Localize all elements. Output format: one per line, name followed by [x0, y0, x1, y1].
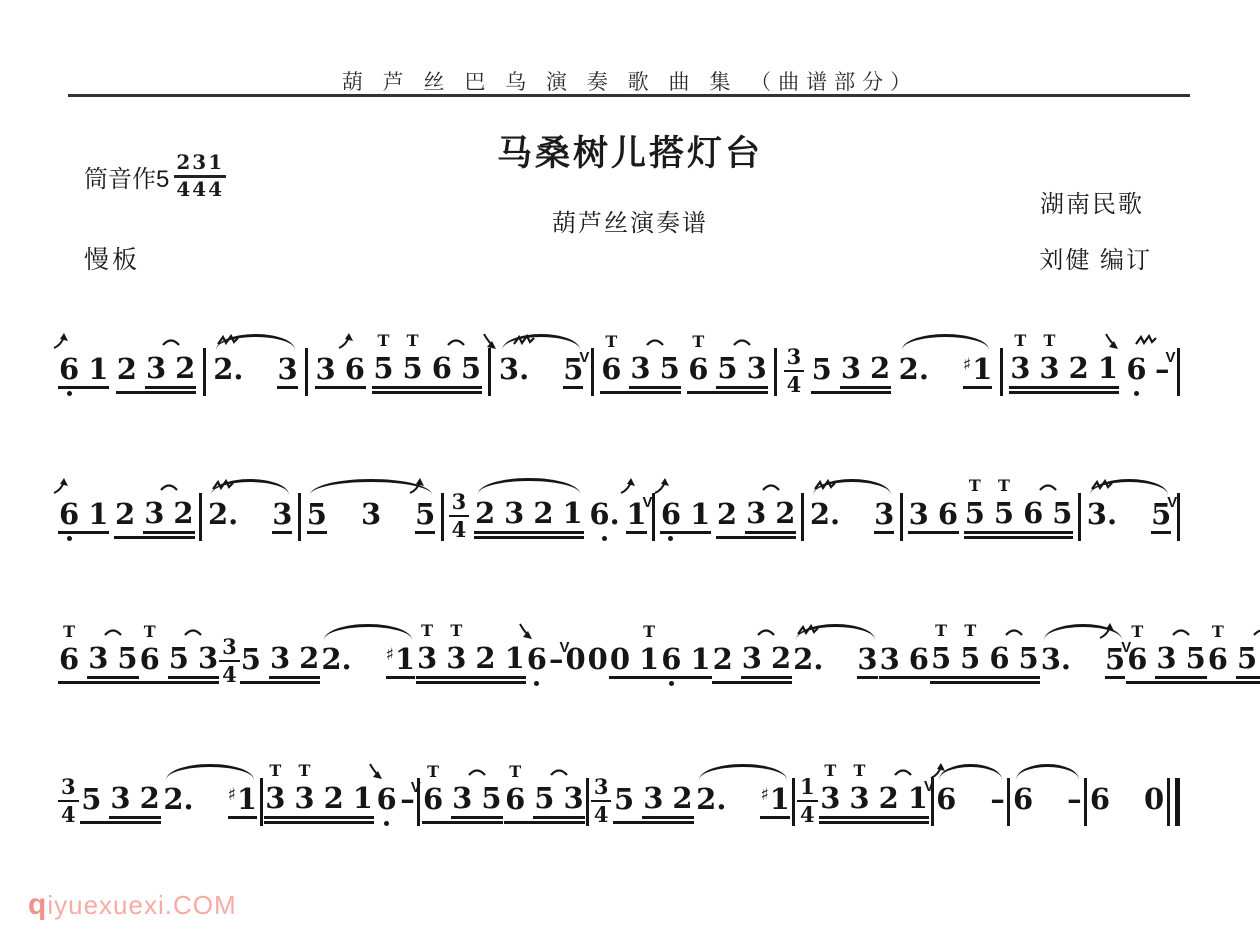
note-6: 6 — [58, 355, 80, 384]
beam-group-row: 2.♯1 — [162, 785, 258, 819]
note-1: 1 — [689, 645, 711, 674]
note-digit: 3 — [643, 784, 663, 813]
note-6: 6 — [937, 500, 959, 529]
beam-group: 2V1 — [878, 784, 929, 813]
note-2: 2 — [116, 355, 138, 384]
barline — [488, 348, 491, 396]
beam-underline — [1236, 676, 1260, 679]
ornaments — [1236, 623, 1260, 641]
rest-note: 0 — [587, 645, 609, 674]
ornaments: T — [139, 624, 161, 642]
ornaments: T — [264, 763, 286, 781]
tonguing-mark: T — [605, 334, 617, 352]
note-digit: 2 — [879, 784, 899, 813]
note-digit: 3 — [316, 355, 336, 384]
note-2: 2 — [174, 354, 196, 383]
notation-line-4: 345322.♯1T3T3216V–T635T653345322.♯114T3T… — [58, 754, 1180, 826]
ornaments: T — [372, 333, 394, 351]
note-digit: 6 — [909, 645, 929, 674]
ornaments: T — [638, 624, 660, 642]
note-5: T5 — [993, 499, 1015, 528]
beam-underline — [600, 391, 681, 394]
beam-group-row: 0T1 — [609, 645, 660, 674]
beam-group: T5T565 — [964, 499, 1074, 539]
note-2-dotted: 2. — [695, 785, 727, 814]
note-6: T6 — [1126, 645, 1148, 674]
tonguing-mark: T — [1014, 333, 1026, 351]
note-5: 5 — [306, 500, 328, 534]
slur-arc-icon — [1016, 764, 1079, 780]
rest-note: 0 — [1143, 785, 1165, 814]
meter-fraction: 231 444 — [174, 152, 226, 200]
beam-group: 2.♯1 — [320, 645, 416, 679]
beam-group-row: T653 — [687, 354, 768, 388]
note-digit: 1 — [639, 645, 659, 674]
sharp-icon: ♯ — [386, 645, 394, 665]
note-digit: 3. — [1087, 500, 1117, 529]
beam-group-row: 232 — [114, 499, 195, 533]
upper-arc-icon — [1038, 478, 1058, 496]
note-2: 2 — [770, 644, 792, 673]
slur-arc-icon — [1090, 479, 1168, 495]
note-digit: 6. — [589, 500, 619, 529]
note-2: 2 — [671, 784, 693, 813]
beam-group-row: 232 — [116, 354, 197, 388]
note-digit: 3 — [504, 499, 524, 528]
beam-underline — [716, 386, 767, 389]
note-digit: 2 — [475, 644, 495, 673]
beam-underline — [1105, 676, 1125, 679]
low-octave-dot — [668, 536, 673, 541]
note-digit: 3 — [88, 644, 108, 673]
beam-group-row: 32 — [109, 784, 160, 813]
note-6: 6 — [1125, 355, 1147, 384]
note-1: T1 — [638, 645, 660, 674]
ornaments — [1125, 329, 1147, 352]
note-2: 2 — [712, 645, 734, 674]
beam-underline — [264, 821, 374, 824]
beam-underline — [415, 531, 435, 534]
note-2: 2 — [139, 784, 161, 813]
note-digit: 1 — [690, 645, 710, 674]
beam-group-row: 2.3 — [792, 645, 878, 679]
note-digit: 1 — [690, 500, 710, 529]
note-digit: 2. — [208, 500, 238, 529]
slur-arc-icon — [902, 334, 990, 350]
beam-underline — [660, 676, 711, 679]
tonguing-mark: T — [450, 623, 462, 641]
beam-group-row: 2.3 — [207, 500, 293, 534]
beam-group: T635 — [600, 354, 681, 394]
note-digit: 6 — [377, 785, 397, 814]
notation-line-1: 612322.336T5T5653.V5T635T653345322.♯1T3T… — [58, 324, 1180, 396]
beam-underline — [474, 531, 584, 534]
beam-group: 32 — [269, 644, 320, 678]
beam-group-row: 2.♯1 — [695, 785, 791, 819]
ornaments: T — [422, 764, 444, 782]
sharp-icon: ♯ — [963, 355, 971, 375]
note-3: 3 — [271, 500, 293, 534]
note-digit: 5 — [931, 644, 951, 673]
note-5: 5 — [1236, 644, 1258, 673]
ornaments — [58, 474, 80, 497]
time-sig-denominator: 4 — [787, 372, 802, 396]
beam-group: 35 — [629, 354, 680, 388]
note-5: T5 — [964, 499, 986, 528]
beam-group-row: T635 — [422, 784, 503, 818]
beam-group: 53 — [533, 784, 584, 818]
beam-group-row: 535 — [306, 500, 437, 534]
note-5: V5 — [1150, 500, 1172, 534]
note-1: 1 — [87, 355, 109, 384]
beam-group: 61 — [660, 645, 711, 679]
beam-underline — [504, 821, 585, 824]
beam-group: 2.3 — [809, 500, 895, 534]
note-digit: 2. — [321, 645, 351, 674]
slur-arc-icon — [478, 478, 580, 494]
beam-group: 61 — [660, 500, 711, 534]
beam-group-row: 3.V5 — [1086, 500, 1172, 534]
beam-group-row: 65 — [1022, 499, 1073, 528]
beam-group: T653 — [687, 354, 768, 394]
ornaments: T — [504, 764, 526, 782]
tonguing-mark: T — [407, 333, 419, 351]
note-digit: ♯1 — [760, 785, 789, 814]
low-octave-dot — [669, 681, 674, 686]
beam-group-row: 3.V5 — [498, 355, 584, 389]
barline — [1007, 778, 1010, 826]
slur-arc-icon — [502, 334, 580, 350]
beam-underline — [228, 816, 257, 819]
ornaments: T — [930, 623, 952, 641]
note-6: T6 — [422, 785, 444, 814]
note-digit: 3 — [361, 500, 381, 529]
ornaments — [741, 623, 792, 641]
beam-group-row: 53 — [716, 354, 767, 383]
note-1: 1 — [352, 784, 374, 813]
beam-group: 2.3 — [212, 355, 298, 389]
note-3: 3 — [143, 499, 165, 528]
beam-underline — [609, 676, 660, 679]
note-5: 5 — [480, 784, 502, 813]
beam-underline — [811, 391, 892, 394]
beam-group: 232 — [114, 499, 195, 539]
note-1: V1 — [907, 784, 929, 813]
beam-group: 532 — [240, 644, 321, 684]
beam-group: 232 — [716, 499, 797, 539]
ornaments: T — [1207, 624, 1229, 642]
beam-group-row: 65 — [431, 354, 482, 383]
note-digit: 6 — [59, 355, 79, 384]
beam-group: 35 — [1155, 644, 1206, 678]
ornaments — [526, 619, 548, 642]
beam-group: 53 — [168, 644, 219, 678]
time-sig-denominator: 4 — [594, 802, 609, 826]
beam-group-row: 53 — [1236, 644, 1260, 673]
tonguing-mark: T — [1131, 624, 1143, 642]
note-6: T6 — [600, 355, 622, 384]
beam-group: 2.3 — [207, 500, 293, 534]
beam-underline — [416, 681, 526, 684]
beam-group-row: 61 — [660, 500, 711, 529]
note-1: ♯1 — [227, 785, 258, 819]
rest-note: 0 — [564, 645, 586, 674]
note-digit: 6 — [345, 355, 365, 384]
tonguing-mark: T — [998, 478, 1010, 496]
note-digit: 6 — [688, 355, 708, 384]
ornaments: T — [993, 478, 1015, 496]
beam-group-row: T3T321 — [1009, 354, 1119, 383]
note-digit: 2 — [324, 784, 344, 813]
note-digit: 1 — [563, 499, 583, 528]
upper-arc-icon — [732, 333, 752, 351]
ornaments — [629, 333, 680, 351]
note-5: 5 — [414, 500, 436, 534]
note-digit: 6 — [59, 645, 79, 674]
tonguing-mark: T — [854, 763, 866, 781]
note-2: 2 — [474, 644, 496, 673]
note-2: 2 — [172, 499, 194, 528]
beam-group-row: T3T321 — [264, 784, 374, 813]
upper-arc-icon — [549, 763, 569, 781]
beam-underline — [1151, 531, 1171, 534]
watermark: qiyuexuexi.COM — [28, 888, 237, 922]
beam-group-row: 65 — [988, 644, 1039, 673]
note-digit: 2. — [810, 500, 840, 529]
beam-group: 65 — [988, 644, 1039, 673]
note-digit: 6 — [140, 645, 160, 674]
note-3: T3 — [1009, 354, 1031, 383]
ornaments — [376, 759, 398, 782]
slur-arc-icon — [324, 624, 412, 640]
trill-ornament-icon — [512, 333, 536, 351]
note-digit: 2 — [533, 499, 553, 528]
note-digit: 5 — [461, 354, 481, 383]
note-digit: 3 — [849, 784, 869, 813]
ornaments: T — [1038, 333, 1060, 351]
beam-underline — [741, 676, 792, 679]
watermark-text: iyuexuexi.COM — [47, 890, 236, 920]
upper-arc-icon — [467, 763, 487, 781]
upper-arc-icon — [183, 623, 203, 641]
note-digit: 2 — [115, 500, 135, 529]
beam-underline — [840, 386, 891, 389]
note-6: 6 — [526, 645, 548, 674]
beam-underline — [372, 391, 482, 394]
note-3: 3 — [873, 500, 895, 534]
beam-underline — [277, 386, 297, 389]
beam-underline — [474, 536, 584, 539]
trill-ornament-icon — [813, 478, 837, 496]
final-barline-thin — [1167, 778, 1170, 826]
note-5: 5 — [168, 644, 190, 673]
beam-group-row: 2321 — [474, 499, 584, 528]
note-digit: 5 — [1186, 644, 1206, 673]
beam-group-row: 36 — [315, 355, 366, 384]
ornaments: T — [819, 763, 841, 781]
beam-group-row: 61 — [58, 355, 109, 384]
note-5: 5 — [116, 644, 138, 673]
beam-underline — [109, 816, 160, 819]
ornaments: T — [687, 334, 709, 352]
tonguing-mark: T — [269, 763, 281, 781]
ornaments — [809, 479, 841, 497]
beam-group-row: 532 — [240, 644, 321, 678]
note-digit: 2. — [213, 355, 243, 384]
note-digit: 6 — [1023, 499, 1043, 528]
beam-group: 2.♯1 — [898, 355, 994, 389]
note-1: V1 — [625, 500, 647, 534]
beam-underline — [712, 681, 793, 684]
beam-underline — [372, 386, 482, 389]
ornaments — [87, 623, 138, 641]
beam-underline — [116, 391, 197, 394]
beam-group-row: 32 — [642, 784, 693, 813]
beam-group-row: 32 — [269, 644, 320, 673]
note-3: 3 — [276, 355, 298, 389]
ornaments: T — [58, 624, 80, 642]
note-digit: 0 — [1144, 785, 1164, 814]
tonguing-mark: T — [969, 478, 981, 496]
barline — [1000, 348, 1003, 396]
barline — [441, 493, 444, 541]
note-digit: 2 — [771, 644, 791, 673]
note-1: 1 — [562, 499, 584, 528]
note-digit: 6 — [1127, 645, 1147, 674]
note-digit: – — [1067, 785, 1082, 814]
note-digit: 3 — [747, 354, 767, 383]
beam-group: 32 — [840, 354, 891, 388]
trill-ornament-icon — [216, 333, 240, 351]
note-digit: 2 — [140, 784, 160, 813]
note-digit: 3 — [265, 784, 285, 813]
key-signature: 筒音作5 231 444 — [84, 152, 226, 200]
beam-group-row: 232 — [712, 644, 793, 678]
beam-group: 0T1 — [609, 645, 660, 679]
time-signature: 34 — [219, 636, 240, 686]
note-digit: 3 — [1156, 644, 1176, 673]
time-signature: 34 — [784, 346, 805, 396]
watermark-initial: q — [28, 888, 47, 921]
beam-group: 3.V5 — [1040, 645, 1126, 679]
beam-group-row: 532 — [80, 784, 161, 818]
note-digit: 6 — [601, 355, 621, 384]
note-2-dotted: 2. — [898, 355, 930, 384]
beam-group-row: 32 — [143, 499, 194, 528]
time-sig-denominator: 4 — [800, 802, 815, 826]
note-digit: 5 — [534, 784, 554, 813]
beam-underline — [687, 391, 768, 394]
slur-arc-icon — [699, 764, 787, 780]
beam-underline — [716, 536, 797, 539]
note-digit: 3 — [841, 354, 861, 383]
barline — [801, 493, 804, 541]
slur-arc-icon — [211, 479, 289, 495]
barline — [1078, 493, 1081, 541]
note-digit: 5 — [1019, 644, 1039, 673]
ornaments — [533, 763, 584, 781]
tonguing-mark: T — [377, 333, 389, 351]
note-3: 3 — [642, 784, 664, 813]
beam-group-row: 35 — [1155, 644, 1206, 673]
beam-group: 232 — [712, 644, 793, 684]
note-5: 5 — [1018, 644, 1040, 673]
note-digit: 2 — [117, 355, 137, 384]
beam-group-row: 532 — [613, 784, 694, 818]
ornaments: T — [964, 478, 986, 496]
trill-ornament-icon — [796, 623, 820, 641]
note-3: 3 — [746, 354, 768, 383]
note-digit: 3 — [146, 354, 166, 383]
note-3: T3 — [819, 784, 841, 813]
note-3: T3 — [293, 784, 315, 813]
note-digit: 2 — [717, 500, 737, 529]
beam-underline — [1207, 681, 1260, 684]
note-6: T6 — [687, 355, 709, 384]
beam-group-row: 60 — [1089, 785, 1165, 814]
beam-underline — [1126, 681, 1207, 684]
beam-group-row: 2.3 — [212, 355, 298, 389]
note-digit: 5 — [965, 499, 985, 528]
note-digit: 3 — [272, 500, 292, 529]
beam-group: 32 — [741, 644, 792, 678]
note-1: 1 — [689, 500, 711, 529]
dash-extension: V– — [399, 785, 416, 814]
note-digit: 6 — [1013, 785, 1033, 814]
note-2: 2 — [716, 500, 738, 529]
note-6: 6 — [935, 785, 957, 814]
breath-mark: V — [579, 350, 589, 365]
ornaments: T — [416, 623, 438, 641]
beam-underline — [874, 531, 894, 534]
note-digit: 3 — [294, 784, 314, 813]
tonguing-mark: T — [144, 624, 156, 642]
note-digit: 2. — [793, 645, 823, 674]
beam-group: 36 — [879, 645, 930, 679]
slur-arc-icon — [813, 479, 891, 495]
note-digit: 2. — [899, 355, 929, 384]
beam-group: 36 — [315, 355, 366, 389]
note-digit: 5 — [481, 784, 501, 813]
rest-note: 0 — [609, 645, 631, 674]
barline — [1084, 778, 1087, 826]
beam-group-row: 3.V5 — [1040, 645, 1126, 679]
barline — [774, 348, 777, 396]
beam-group-row: 35 — [451, 784, 502, 813]
beam-group-row: T653 — [1207, 644, 1260, 678]
tonguing-mark: T — [643, 624, 655, 642]
note-digit: 5 — [169, 644, 189, 673]
beam-group: 6– — [935, 785, 1006, 814]
slur-arc-icon — [939, 764, 1002, 780]
beam-group-row: 32 — [741, 644, 792, 673]
low-octave-dot — [534, 681, 539, 686]
note-digit: 3 — [417, 644, 437, 673]
beam-underline — [386, 676, 415, 679]
note-digit: 1 — [505, 644, 525, 673]
slur-arc-icon — [1044, 624, 1122, 640]
beam-group: 3.V5 — [1086, 500, 1172, 534]
beam-group: 36 — [908, 500, 959, 534]
note-3: 3 — [451, 784, 473, 813]
beam-underline — [145, 386, 196, 389]
note-5: 5 — [659, 354, 681, 383]
ornaments: T — [848, 763, 870, 781]
beam-underline — [629, 386, 680, 389]
note-digit: 6 — [936, 785, 956, 814]
beam-group: 6– — [1012, 785, 1083, 814]
note-3: T3 — [416, 644, 438, 673]
